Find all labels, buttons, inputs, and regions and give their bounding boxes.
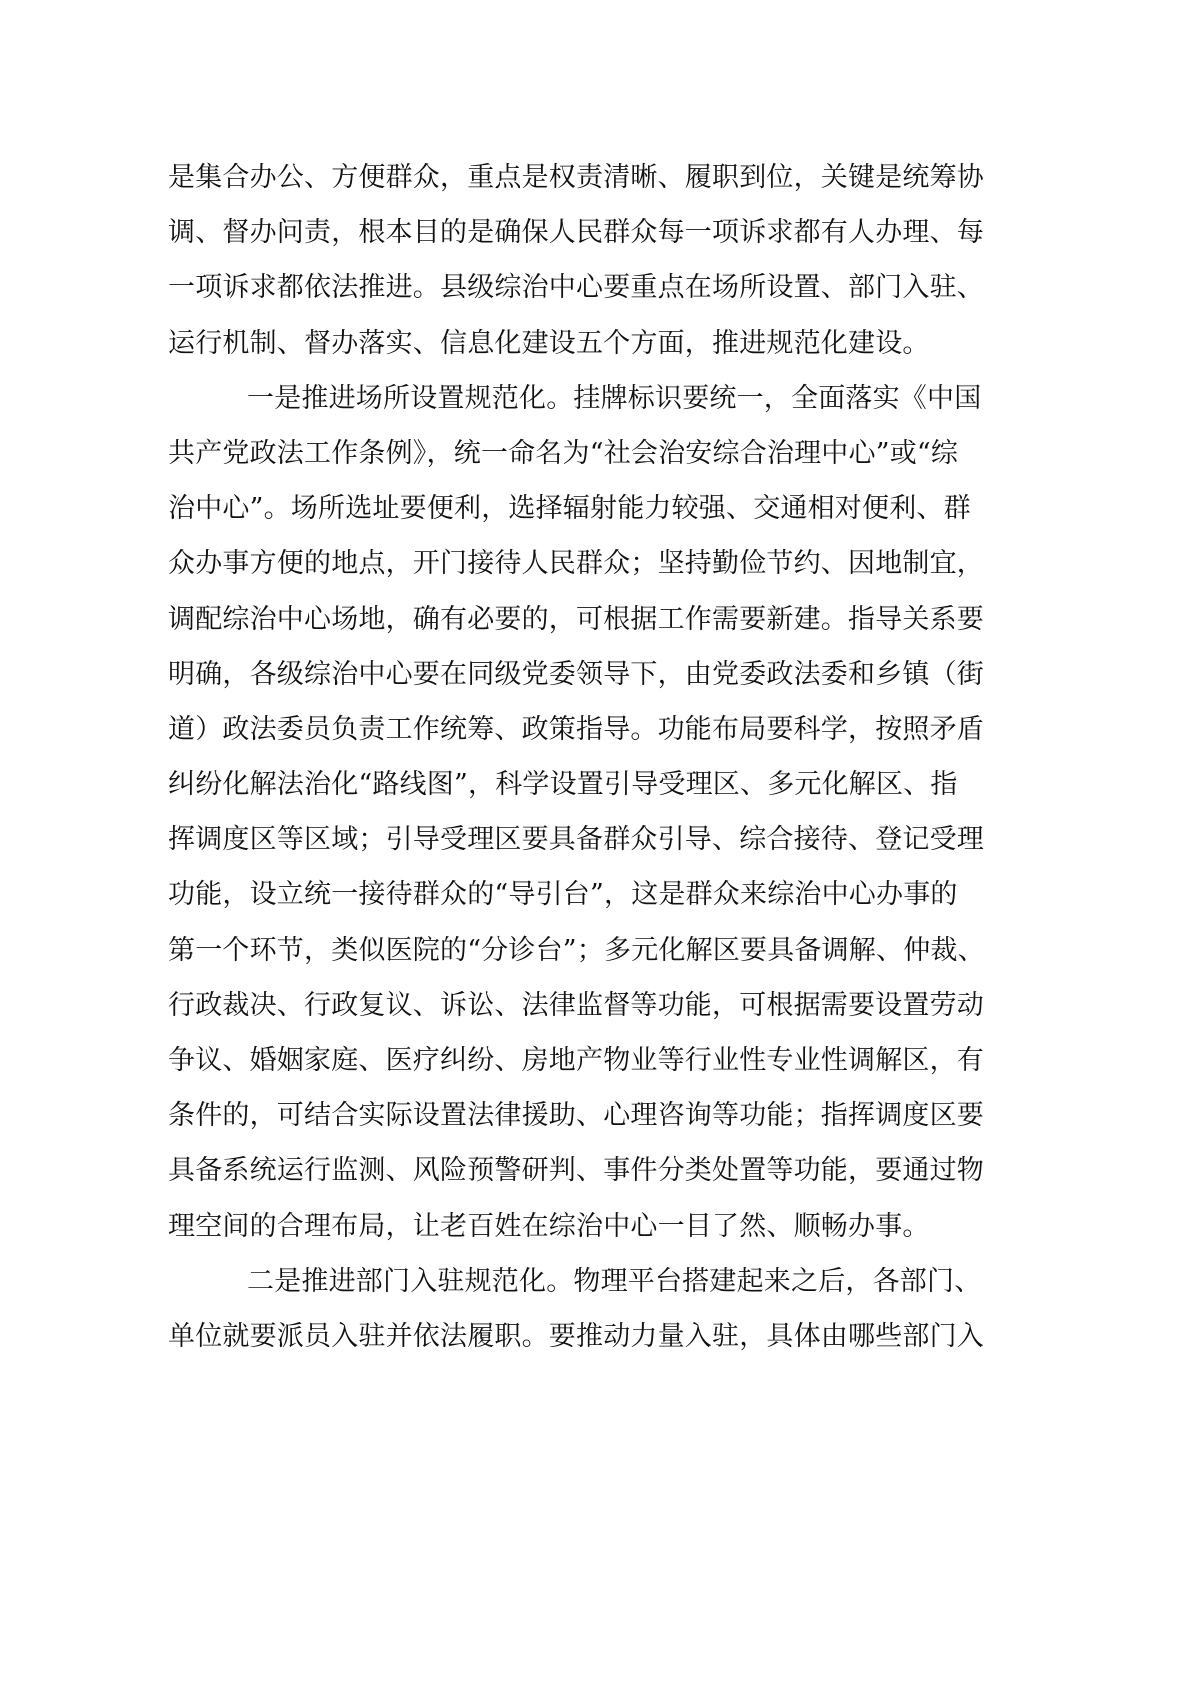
text-line: 单位就要派员入驻并依法履职。要推动力量入驻，具体由哪些部门入 [168, 1309, 943, 1364]
document-page: 是集合办公、方便群众，重点是权责清晰、履职到位，关键是统筹协 调、督办问责，根本… [0, 0, 1190, 1683]
text-line: 一项诉求都依法推进。县级综治中心要重点在场所设置、部门入驻、 [168, 260, 943, 315]
text-line: 治中心”。场所选址要便利，选择辐射能力较强、交通相对便利、群 [168, 481, 943, 536]
text-line: 共产党政法工作条例》，统一命名为“社会治安综合治理中心”或“综 [168, 426, 943, 481]
text-line: 功能，设立统一接待群众的“导引台”，这是群众来综治中心办事的 [168, 867, 943, 922]
text-line: 是集合办公、方便群众，重点是权责清晰、履职到位，关键是统筹协 [168, 150, 943, 205]
paragraph-3: 二是推进部门入驻规范化。物理平台搭建起来之后，各部门、 单位就要派员入驻并依法履… [168, 1254, 943, 1364]
text-line: 调配综治中心场地，确有必要的，可根据工作需要新建。指导关系要 [168, 592, 943, 647]
text-line: 一是推进场所设置规范化。挂牌标识要统一，全面落实《中国 [168, 371, 943, 426]
text-line: 二是推进部门入驻规范化。物理平台搭建起来之后，各部门、 [168, 1254, 943, 1309]
text-line: 纠纷化解法治化“路线图”，科学设置引导受理区、多元化解区、指 [168, 757, 943, 812]
text-line: 众办事方便的地点，开门接待人民群众；坚持勤俭节约、因地制宜， [168, 536, 943, 591]
text-line: 挥调度区等区域；引导受理区要具备群众引导、综合接待、登记受理 [168, 812, 943, 867]
text-line: 条件的，可结合实际设置法律援助、心理咨询等功能；指挥调度区要 [168, 1088, 943, 1143]
paragraph-1: 是集合办公、方便群众，重点是权责清晰、履职到位，关键是统筹协 调、督办问责，根本… [168, 150, 943, 371]
text-line: 具备系统运行监测、风险预警研判、事件分类处置等功能，要通过物 [168, 1143, 943, 1198]
text-line: 运行机制、督办落实、信息化建设五个方面，推进规范化建设。 [168, 316, 943, 371]
paragraph-2: 一是推进场所设置规范化。挂牌标识要统一，全面落实《中国 共产党政法工作条例》，统… [168, 371, 943, 1254]
text-line: 道）政法委员负责工作统筹、政策指导。功能布局要科学，按照矛盾 [168, 702, 943, 757]
text-line: 调、督办问责，根本目的是确保人民群众每一项诉求都有人办理、每 [168, 205, 943, 260]
text-line: 理空间的合理布局，让老百姓在综治中心一目了然、顺畅办事。 [168, 1199, 943, 1254]
body-text: 是集合办公、方便群众，重点是权责清晰、履职到位，关键是统筹协 调、督办问责，根本… [168, 150, 943, 1364]
text-line: 第一个环节，类似医院的“分诊台”；多元化解区要具备调解、仲裁、 [168, 923, 943, 978]
text-line: 明确，各级综治中心要在同级党委领导下，由党委政法委和乡镇（街 [168, 647, 943, 702]
text-line: 争议、婚姻家庭、医疗纠纷、房地产物业等行业性专业性调解区，有 [168, 1033, 943, 1088]
text-line: 行政裁决、行政复议、诉讼、法律监督等功能，可根据需要设置劳动 [168, 978, 943, 1033]
